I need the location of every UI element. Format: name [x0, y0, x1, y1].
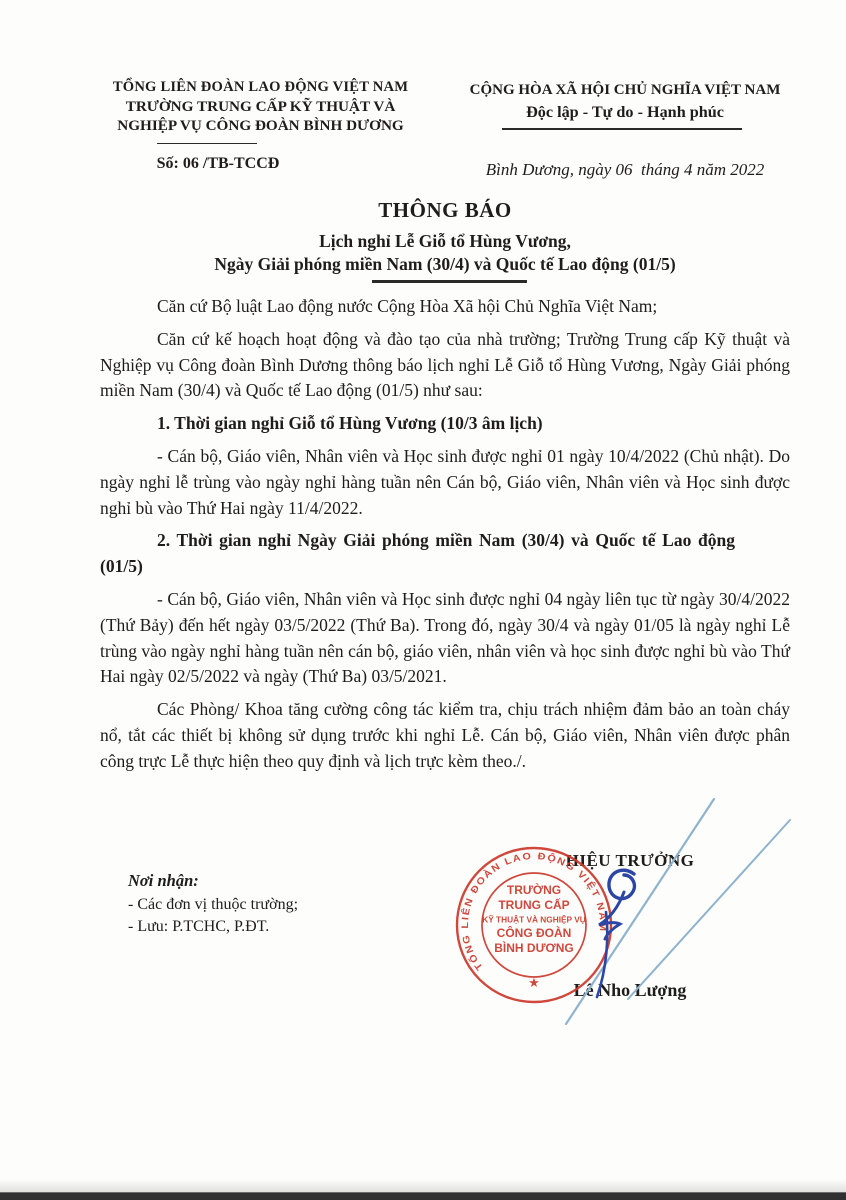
recipient-item-2: - Lưu: P.TCHC, P.ĐT.: [128, 916, 408, 938]
section-1-heading: 1. Thời gian nghỉ Giỗ tổ Hùng Vương (10/…: [100, 411, 790, 437]
pen-flourish-line-2: [628, 820, 790, 999]
document-title-block: THÔNG BÁO Lịch nghỉ Lễ Giỗ tổ Hùng Vương…: [100, 198, 790, 275]
title-underline: [372, 280, 527, 283]
school-name-line1: TRƯỜNG TRUNG CẤP KỸ THUẬT VÀ: [88, 97, 433, 116]
document-subject-line1: Lịch nghỉ Lễ Giỗ tổ Hùng Vương,: [100, 230, 790, 253]
document-kind: THÔNG BÁO: [100, 198, 790, 223]
national-motto-underline: [502, 128, 742, 130]
scan-edge-bar: [0, 1192, 846, 1200]
document-body: Căn cứ Bộ luật Lao động nước Cộng Hòa Xã…: [100, 294, 790, 782]
recipient-item-1: - Các đơn vị thuộc trường;: [128, 894, 408, 916]
paragraph-legal-basis-1: Căn cứ Bộ luật Lao động nước Cộng Hòa Xã…: [100, 294, 790, 320]
recipients-label: Nơi nhận:: [128, 870, 408, 892]
signature-zigzag-stroke: [599, 892, 624, 939]
scanned-notice-document: TỔNG LIÊN ĐOÀN LAO ĐỘNG VIỆT NAM TRƯỜNG …: [0, 0, 846, 1200]
national-motto: Độc lập - Tự do - Hạnh phúc: [450, 100, 800, 124]
section-2-paragraph: - Cán bộ, Giáo viên, Nhân viên và Học si…: [100, 587, 790, 690]
handwritten-signature-icon: [430, 750, 846, 1040]
national-motto-block: CỘNG HÒA XÃ HỘI CHỦ NGHĨA VIỆT NAM Độc l…: [450, 80, 800, 124]
paragraph-legal-basis-2: Căn cứ kế hoạch hoạt động và đào tạo của…: [100, 327, 790, 404]
school-name-line2: NGHIỆP VỤ CÔNG ĐOÀN BÌNH DƯƠNG: [88, 116, 433, 135]
pen-flourish-line-1: [566, 799, 714, 1024]
national-title: CỘNG HÒA XÃ HỘI CHỦ NGHĨA VIỆT NAM: [450, 80, 800, 100]
document-subject-line2: Ngày Giải phóng miền Nam (30/4) và Quốc …: [100, 253, 790, 276]
issuing-org-block: TỔNG LIÊN ĐOÀN LAO ĐỘNG VIỆT NAM TRƯỜNG …: [88, 78, 433, 135]
place-and-date: Bình Dương, ngày 06 tháng 4 năm 2022: [445, 160, 805, 180]
recipients-block: Nơi nhận: - Các đơn vị thuộc trường; - L…: [128, 870, 408, 938]
section-1-paragraph: - Cán bộ, Giáo viên, Nhân viên và Học si…: [100, 444, 790, 521]
issuing-org-underline: [157, 143, 257, 144]
parent-org-name: TỔNG LIÊN ĐOÀN LAO ĐỘNG VIỆT NAM: [88, 78, 433, 97]
section-2-heading: 2. Thời gian nghỉ Ngày Giải phóng miền N…: [100, 528, 790, 580]
scan-smudge: [0, 1179, 846, 1193]
document-number: Số: 06 /TB-TCCĐ: [88, 155, 348, 173]
